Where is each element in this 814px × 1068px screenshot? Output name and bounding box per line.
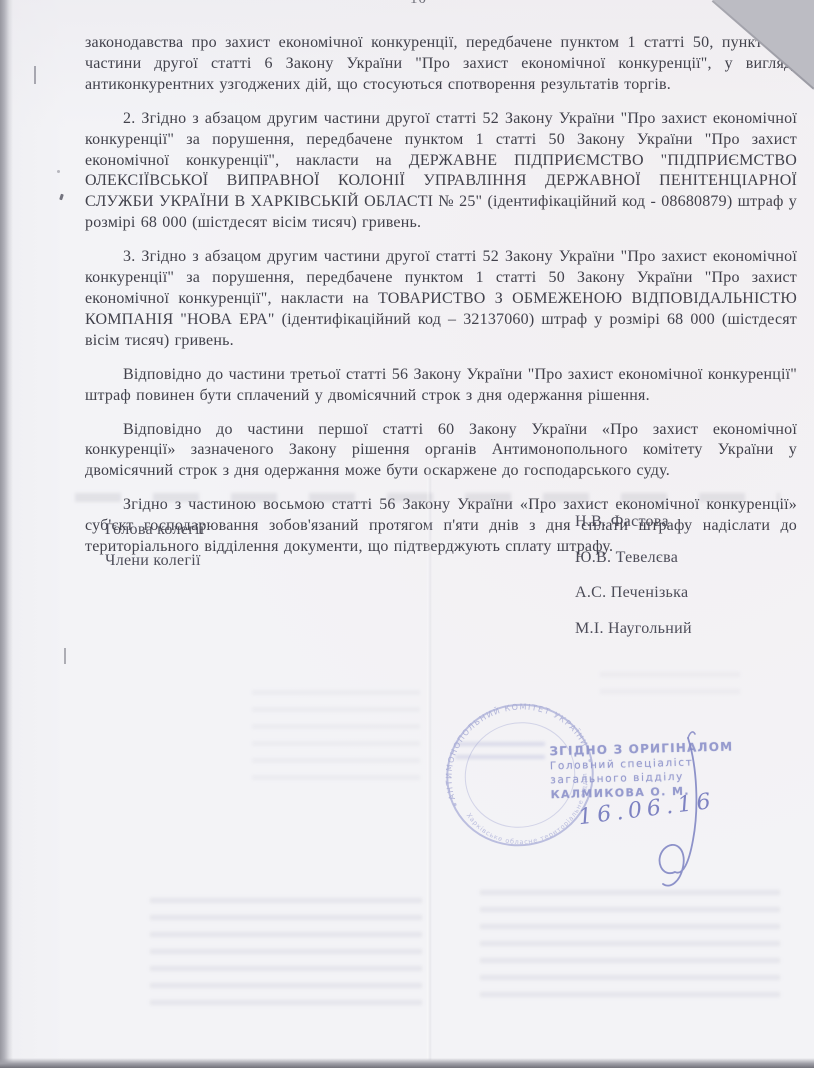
seal-inner-faint-text (455, 742, 545, 768)
scan-mark (64, 648, 66, 664)
paragraph-continuation: законодавства про захист економічної кон… (85, 33, 797, 96)
signature-name-4: М.І. Наугольний (575, 620, 692, 638)
bleedthrough-text-area (252, 690, 420, 782)
scan-mark (57, 170, 60, 173)
scanned-document-page: 10 законодавства про захист економічної … (0, 0, 814, 1068)
scan-mark (59, 194, 64, 201)
signature-name-1: Н.В. Фастова (575, 513, 669, 531)
bleedthrough-text-area (150, 898, 422, 1010)
paragraph-appeal: Відповідно до частини першої статті 60 З… (85, 420, 797, 483)
scan-edge-left (0, 0, 13, 1068)
signature-role-head: Голова колегії (105, 521, 205, 539)
page-number: 10 (410, 0, 427, 8)
bleedthrough-text-area (480, 890, 780, 998)
paragraph-item-2: 2. Згідно з абзацом другим частини друго… (85, 109, 797, 234)
document-body: законодавства про захист економічної кон… (85, 33, 797, 571)
signature-role-members: Члени колегії (105, 552, 201, 570)
bleedthrough-text-area (600, 672, 740, 700)
paragraph-payment-term: Відповідно до частини третьої статті 56 … (85, 365, 797, 407)
signature-block: Голова колегії Члени колегії Н.В. Фастов… (85, 505, 797, 655)
paragraph-item-3: 3. Згідно з абзацом другим частини друго… (85, 247, 797, 352)
scan-edge-bottom (0, 1058, 814, 1068)
handwritten-signature (646, 728, 718, 893)
scan-mark (34, 66, 36, 84)
signature-name-2: Ю.В. Тевелєва (575, 549, 678, 567)
signature-name-3: А.С. Печенізька (575, 584, 688, 602)
